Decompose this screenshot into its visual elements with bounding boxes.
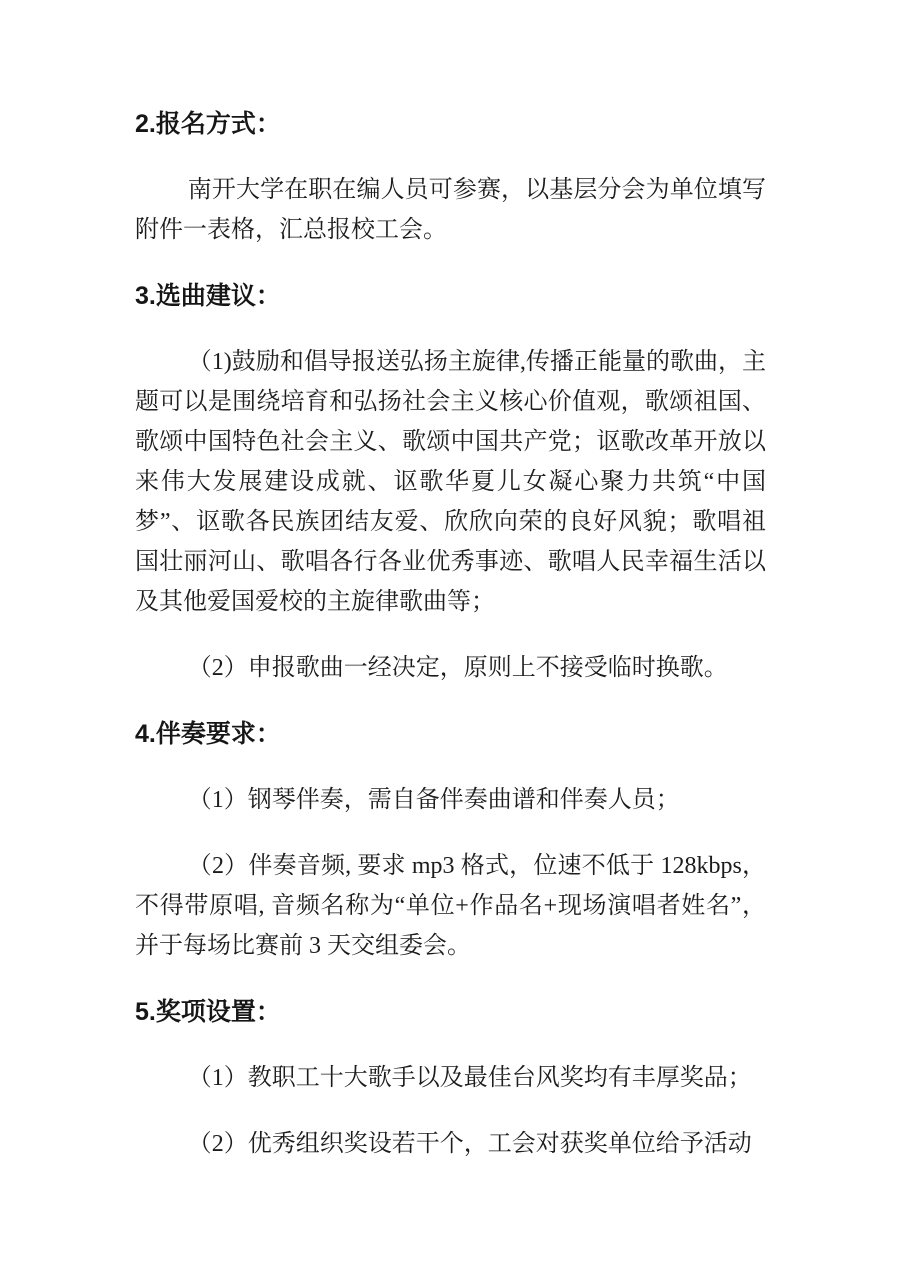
section-heading-accompaniment: 4.伴奏要求： — [135, 714, 766, 754]
document-page: 2.报名方式： 南开大学在职在编人员可参赛，以基层分会为单位填写附件一表格，汇总… — [0, 0, 899, 1272]
paragraph-awards-1: （1）教职工十大歌手以及最佳台风奖均有丰厚奖品； — [135, 1058, 766, 1098]
section-heading-song-selection: 3.选曲建议： — [135, 276, 766, 316]
paragraph-accompaniment-2: （2）伴奏音频, 要求 mp3 格式，位速不低于 128kbps，不得带原唱, … — [135, 846, 766, 966]
paragraph-song-selection-2: （2）申报歌曲一经决定，原则上不接受临时换歌。 — [135, 648, 766, 688]
paragraph-awards-2: （2）优秀组织奖设若干个，工会对获奖单位给予活动 — [135, 1124, 766, 1164]
paragraph-registration: 南开大学在职在编人员可参赛，以基层分会为单位填写附件一表格，汇总报校工会。 — [135, 170, 766, 250]
section-heading-registration: 2.报名方式： — [135, 104, 766, 144]
document-content: 2.报名方式： 南开大学在职在编人员可参赛，以基层分会为单位填写附件一表格，汇总… — [135, 104, 766, 1190]
section-heading-awards: 5.奖项设置： — [135, 992, 766, 1032]
paragraph-accompaniment-1: （1）钢琴伴奏，需自备伴奏曲谱和伴奏人员； — [135, 780, 766, 820]
paragraph-song-selection-1: （1)鼓励和倡导报送弘扬主旋律,传播正能量的歌曲，主题可以是围绕培育和弘扬社会主… — [135, 342, 766, 622]
